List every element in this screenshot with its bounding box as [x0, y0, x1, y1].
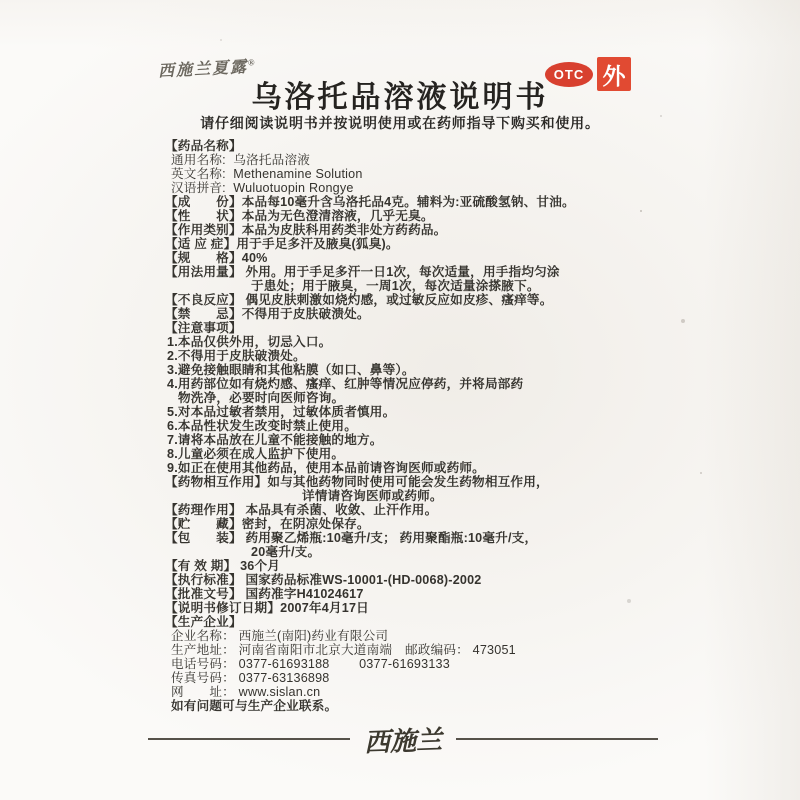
leaflet-line: 9.如正在使用其他药品，使用本品前请咨询医师或药师。	[167, 461, 485, 475]
leaflet-line: 20毫升/支。	[251, 545, 320, 559]
leaflet-line: 1.本品仅供外用，切忌入口。	[167, 335, 331, 349]
leaflet-line: 电话号码： 0377-61693188 0377-61693133	[171, 657, 450, 671]
leaflet-line: 物洗净，必要时向医师咨询。	[178, 391, 344, 405]
leaflet-line: 【说明书修订日期】2007年4月17日	[165, 601, 369, 615]
leaflet-line: 【不良反应】 偶见皮肤刺激如烧灼感，或过敏反应如皮疹、瘙痒等。	[165, 293, 553, 307]
leaflet-line: 【药品名称】	[165, 139, 242, 153]
leaflet-line: 【批准文号】 国药准字H41024617	[165, 587, 364, 601]
registered-mark-icon: ®	[248, 57, 255, 67]
leaflet-line: 【生产企业】	[165, 615, 242, 629]
leaflet-line: 5.对本品过敏者禁用，过敏体质者慎用。	[167, 405, 395, 419]
leaflet-line: 6.本品性状发生改变时禁止使用。	[167, 419, 357, 433]
leaflet-line: 2.不得用于皮肤破溃处。	[167, 349, 306, 363]
leaflet-line: 【药理作用】 本品具有杀菌、收敛、止汗作用。	[165, 503, 437, 517]
leaflet-line: 【成 份】本品每10毫升含乌洛托品4克。辅料为:亚硫酸氢钠、甘油。	[165, 195, 575, 209]
leaflet-page: 西施兰夏露® OTC 外 乌洛托品溶液说明书 请仔细阅读说明书并按说明使用或在药…	[0, 0, 800, 800]
leaflet-line: 【有 效 期】 36个月	[165, 559, 280, 573]
leaflet-line: 生产地址： 河南省南阳市北京大道南端 邮政编码： 473051	[171, 643, 516, 657]
page-subtitle: 请仔细阅读说明书并按说明使用或在药师指导下购买和使用。	[0, 113, 800, 133]
leaflet-line: 【用法用量】 外用。用于手足多汗一日1次，每次适量，用手指均匀涂	[165, 265, 560, 279]
leaflet-line: 英文名称: Methenamine Solution	[171, 167, 363, 181]
leaflet-line: 通用名称: 乌洛托品溶液	[171, 153, 310, 167]
footer-brand-signature: 西施兰	[359, 719, 446, 759]
footer-rule: 西施兰	[148, 722, 658, 756]
leaflet-line: 【适 应 症】用于手足多汗及腋臭(狐臭)。	[165, 237, 399, 251]
leaflet-line: 【性 状】本品为无色澄清溶液，几乎无臭。	[165, 209, 434, 223]
leaflet-line: 于患处；用于腋臭，一周1次，每次适量涂搽腋下。	[251, 279, 540, 293]
leaflet-line: 【贮 藏】密封，在阴凉处保存。	[165, 517, 370, 531]
leaflet-line: 如有问题可与生产企业联系。	[171, 699, 337, 713]
leaflet-line: 【规 格】40%	[165, 251, 268, 265]
leaflet-line: 详情请咨询医师或药师。	[302, 489, 443, 503]
leaflet-line: 3.避免接触眼睛和其他粘膜（如口、鼻等）。	[167, 363, 415, 377]
leaflet-line: 【禁 忌】不得用于皮肤破溃处。	[165, 307, 370, 321]
footer-line-right	[456, 738, 658, 741]
leaflet-line: 【包 装】 药用聚乙烯瓶:10毫升/支； 药用聚酯瓶:10毫升/支，	[165, 531, 537, 545]
leaflet-body: 【药品名称】通用名称: 乌洛托品溶液英文名称: Methenamine Solu…	[165, 139, 647, 719]
leaflet-line: 汉语拼音: Wuluotuopin Rongye	[171, 181, 354, 195]
page-title: 乌洛托品溶液说明书	[0, 72, 800, 116]
footer-line-left	[148, 738, 350, 741]
leaflet-line: 【作用类别】本品为皮肤科用药类非处方药药品。	[165, 223, 446, 237]
leaflet-line: 网 址： www.sislan.cn	[171, 685, 320, 699]
leaflet-line: 【注意事项】	[165, 321, 242, 335]
leaflet-line: 【执行标准】 国家药品标准WS-10001-(HD-0068)-2002	[165, 573, 482, 587]
leaflet-line: 7.请将本品放在儿童不能接触的地方。	[167, 433, 383, 447]
leaflet-line: 8.儿童必须在成人监护下使用。	[167, 447, 344, 461]
leaflet-line: 【药物相互作用】如与其他药物同时使用可能会发生药物相互作用，	[165, 475, 549, 489]
leaflet-line: 传真号码： 0377-63136898	[171, 671, 330, 685]
leaflet-line: 企业名称： 西施兰(南阳)药业有限公司	[171, 629, 388, 643]
leaflet-line: 4.用药部位如有烧灼感、瘙痒、红肿等情况应停药，并将局部药	[167, 377, 523, 391]
